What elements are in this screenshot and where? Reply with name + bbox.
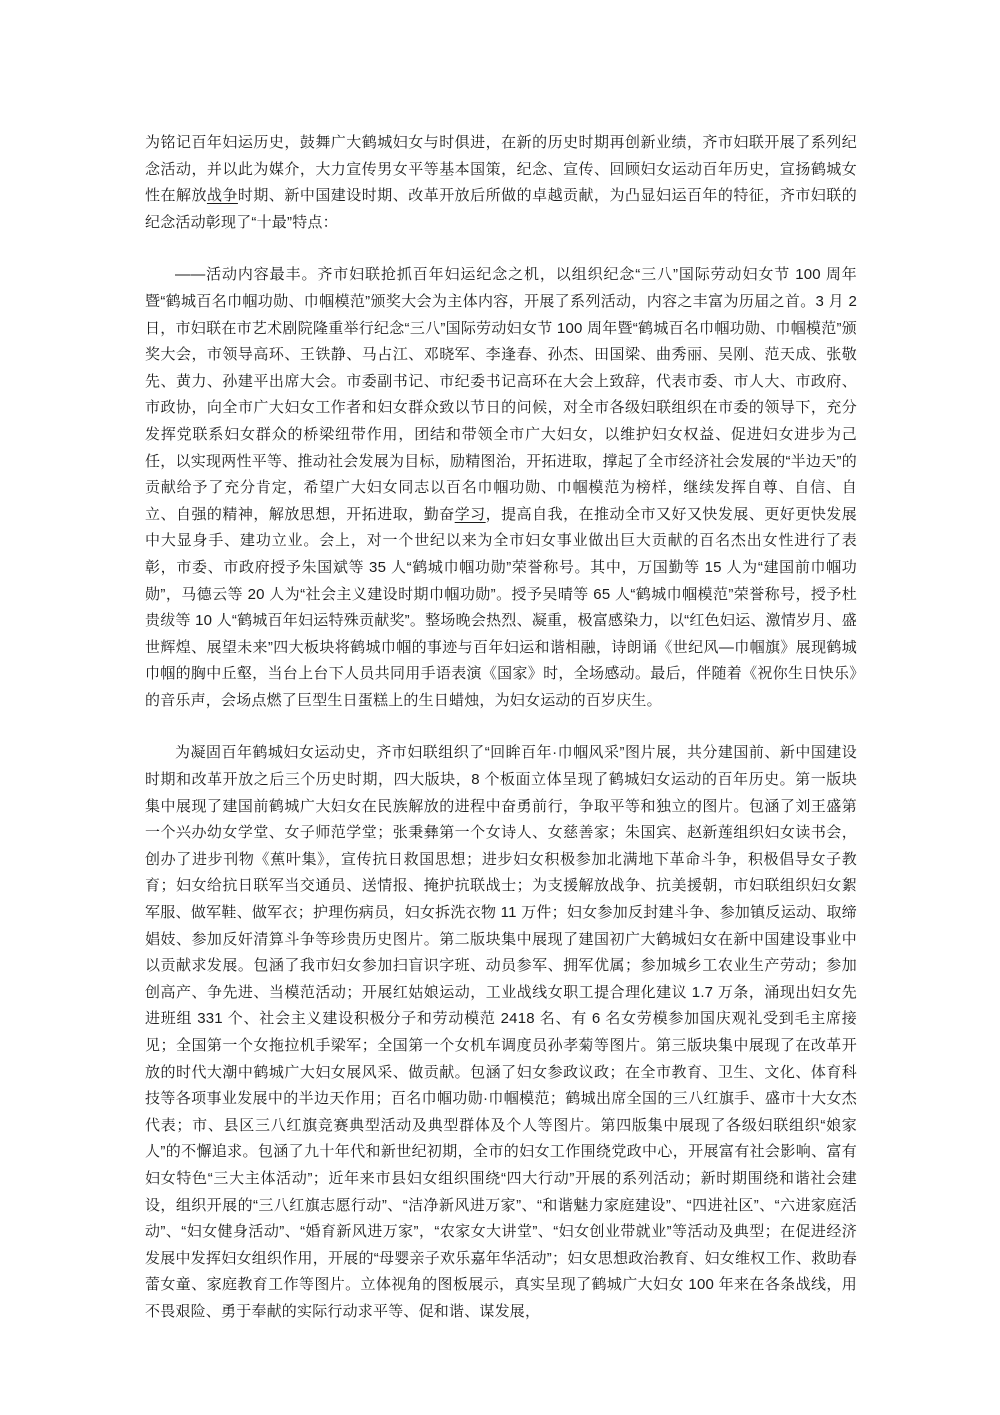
text-run: 时期、新中国建设时期、改革开放后所做的卓越贡献，为凸显妇运百年的特征，齐市妇联的… — [145, 187, 857, 231]
text-run: ，提高自我，在推动全市又好又快发展、更好更快发展中大显身手、建功立业。会上，对一… — [145, 506, 857, 709]
document-body: 为铭记百年妇运历史，鼓舞广大鹤城妇女与时俱进，在新的历史时期再创新业绩，齐市妇联… — [145, 130, 857, 1352]
paragraph: 为铭记百年妇运历史，鼓舞广大鹤城妇女与时俱进，在新的历史时期再创新业绩，齐市妇联… — [145, 130, 857, 236]
paragraph: ——活动内容最丰。齐市妇联抢抓百年妇运纪念之机，以组织纪念“三八”国际劳动妇女节… — [145, 262, 857, 714]
text-run: ——活动内容最丰。齐市妇联抢抓百年妇运纪念之机，以组织纪念“三八”国际劳动妇女节… — [145, 266, 857, 522]
document-page: 为铭记百年妇运历史，鼓舞广大鹤城妇女与时俱进，在新的历史时期再创新业绩，齐市妇联… — [0, 0, 1000, 1415]
paragraph: 为凝固百年鹤城妇女运动史，齐市妇联组织了“回眸百年·巾帼风采”图片展，共分建国前… — [145, 740, 857, 1325]
underlined-text-run: 战争 — [207, 187, 238, 204]
text-run: 为凝固百年鹤城妇女运动史，齐市妇联组织了“回眸百年·巾帼风采”图片展，共分建国前… — [145, 744, 857, 1319]
underlined-text-run: 学习 — [455, 506, 486, 523]
